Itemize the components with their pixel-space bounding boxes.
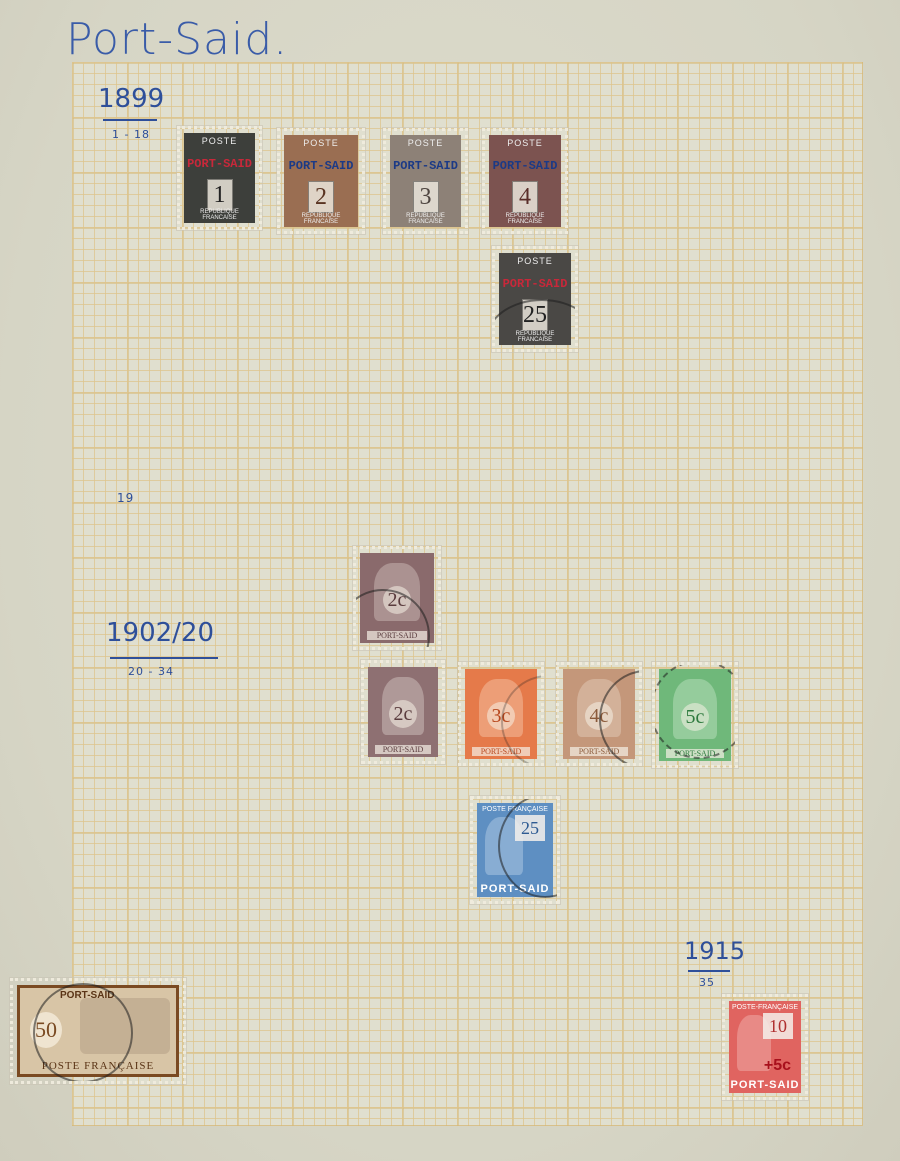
stamp-bottom-label: PORT-SAID	[367, 631, 426, 640]
stamp-bottom-label: PORT-SAID	[666, 749, 724, 758]
stamp-overprint: PORT-SAID	[499, 277, 571, 291]
stamp-1899-4[interactable]: POSTE PORT-SAID 4 REPUBLIQUE FRANCAISE	[482, 128, 568, 234]
year-underline	[103, 119, 157, 121]
stamp-design: POSTE FRANÇAISE 25 PORT-SAID	[477, 803, 553, 897]
stamp-1899-3[interactable]: POSTE PORT-SAID 3 REPUBLIQUE FRANCAISE	[383, 128, 468, 234]
stamp-value: 10	[763, 1013, 793, 1039]
stamp-bottom-label: REPUBLIQUE FRANCAISE	[284, 213, 358, 225]
stamp-top-label: POSTE	[284, 138, 358, 148]
stamp-top-label: POSTE	[390, 138, 461, 148]
stamp-bottom-label: REPUBLIQUE FRANCAISE	[489, 213, 561, 225]
stamp-design: POSTE PORT-SAID 1 REPUBLIQUE FRANCAISE	[184, 133, 255, 223]
stamp-top-label: POSTE	[499, 256, 571, 266]
stamp-1902-5c[interactable]: 5c PORT-SAID	[652, 662, 738, 768]
stamp-value: 3c	[487, 702, 515, 730]
stamp-bottom-label: PORT-SAID	[477, 883, 553, 895]
stamp-1902-3c[interactable]: 3c PORT-SAID	[458, 662, 544, 766]
stamp-figure	[80, 998, 170, 1054]
stamp-design: 5c PORT-SAID	[659, 669, 731, 761]
stamp-value: 50	[30, 1012, 62, 1048]
stamp-bottom-label: REPUBLIQUE FRANCAISE	[390, 213, 461, 225]
year-underline	[688, 970, 730, 972]
catalogue-range-1902-20: 20 - 34	[128, 665, 174, 678]
stamp-bottom-label: PORT-SAID	[570, 747, 628, 756]
stamp-surcharge: +5c	[764, 1057, 791, 1075]
catalogue-number-19: 19	[117, 491, 134, 505]
catalogue-range-1915: 35	[699, 976, 715, 989]
stamp-overprint: PORT-SAID	[390, 159, 461, 173]
stamp-bottom-label: PORT-SAID	[472, 747, 530, 756]
stamp-1899-25[interactable]: POSTE PORT-SAID 25 REPUBLIQUE FRANCAISE	[492, 246, 578, 352]
stamp-design: 2c PORT-SAID	[360, 553, 434, 643]
stamp-1902-2c[interactable]: 2c PORT-SAID	[361, 660, 445, 764]
stamp-design: POSTE PORT-SAID 4 REPUBLIQUE FRANCAISE	[489, 135, 561, 227]
section-year-1915: 1915	[684, 937, 745, 965]
stamp-bottom-label: REPUBLIQUE FRANCAISE	[184, 209, 255, 221]
stamp-value: 25	[522, 299, 548, 331]
stamp-design: 2c PORT-SAID	[368, 667, 438, 757]
stamp-design: 3c PORT-SAID	[465, 669, 537, 759]
stamp-value: 25	[515, 815, 545, 841]
stamp-design: PORT-SAID 50 POSTE FRANÇAISE	[17, 985, 179, 1077]
stamp-bottom-label: PORT-SAID	[375, 745, 431, 754]
section-year-1899: 1899	[98, 84, 164, 114]
stamp-value: 4	[512, 181, 538, 213]
page-heading: Port-Said.	[66, 14, 288, 65]
section-year-1902-20: 1902/20	[106, 618, 214, 648]
stamp-value: 2	[308, 181, 334, 213]
stamp-overprint: PORT-SAID	[489, 159, 561, 173]
stamp-design: POSTE PORT-SAID 3 REPUBLIQUE FRANCAISE	[390, 135, 461, 227]
stamp-top-label: POSTE	[184, 136, 255, 146]
stamp-value: 5c	[681, 703, 709, 731]
stamp-design: POSTE PORT-SAID 2 REPUBLIQUE FRANCAISE	[284, 135, 358, 227]
stamp-overprint: PORT-SAID	[284, 159, 358, 173]
stamp-bottom-label: PORT-SAID	[729, 1079, 801, 1091]
stamp-1902-25c[interactable]: POSTE FRANÇAISE 25 PORT-SAID	[470, 796, 560, 904]
stamp-value: 3	[413, 181, 439, 213]
stamp-value: 1	[207, 179, 233, 211]
year-underline	[110, 657, 218, 659]
stamp-value: 2c	[389, 700, 417, 728]
stamp-top-label: POSTE FRANÇAISE	[477, 806, 553, 813]
stamp-1899-1[interactable]: POSTE PORT-SAID 1 REPUBLIQUE FRANCAISE	[177, 126, 262, 230]
stamp-design: 4c PORT-SAID	[563, 669, 635, 759]
stamp-bottom-label: REPUBLIQUE FRANCAISE	[499, 331, 571, 343]
stamp-1902-4c[interactable]: 4c PORT-SAID	[556, 662, 642, 766]
stamp-1915-red-cross[interactable]: POSTE-FRANÇAISE 10 +5c PORT-SAID	[722, 994, 808, 1100]
catalogue-range-1899: 1 - 18	[112, 128, 150, 141]
stamp-1902-50c[interactable]: PORT-SAID 50 POSTE FRANÇAISE	[10, 978, 186, 1084]
stamp-1899-2[interactable]: POSTE PORT-SAID 2 REPUBLIQUE FRANCAISE	[277, 128, 365, 234]
stamp-design: POSTE-FRANÇAISE 10 +5c PORT-SAID	[729, 1001, 801, 1093]
stamp-value: 4c	[585, 702, 613, 730]
stamp-bottom-label: POSTE FRANÇAISE	[20, 1060, 176, 1072]
stamp-value: 2c	[383, 586, 411, 614]
stamp-top-label: POSTE-FRANÇAISE	[729, 1004, 801, 1011]
stamp-design: POSTE PORT-SAID 25 REPUBLIQUE FRANCAISE	[499, 253, 571, 345]
stamp-1902-2c-cancelled[interactable]: 2c PORT-SAID	[353, 546, 441, 650]
stamp-overprint: PORT-SAID	[184, 157, 255, 171]
stamp-top-label: POSTE	[489, 138, 561, 148]
